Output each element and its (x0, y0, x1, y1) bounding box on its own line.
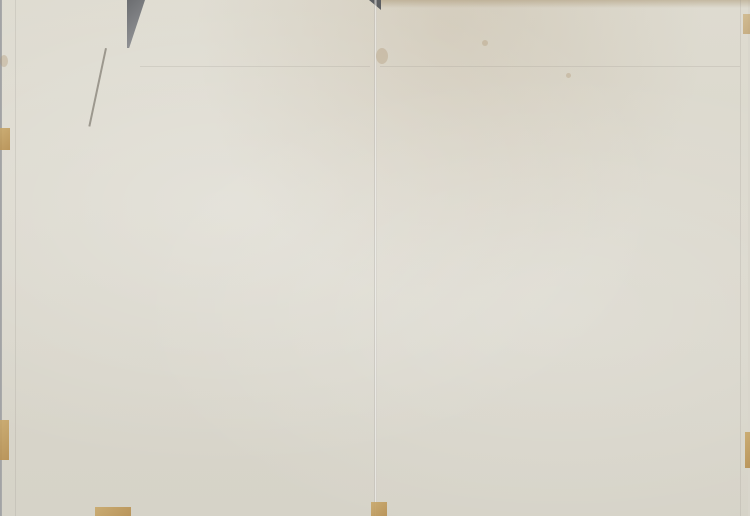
tape-piece (745, 432, 750, 468)
stain (376, 48, 388, 64)
left-edge-crease (15, 0, 16, 516)
stain (482, 40, 488, 46)
tape-piece (0, 128, 10, 150)
center-fold (374, 0, 377, 516)
paper-top-discoloration (380, 0, 750, 8)
photo-scene (0, 0, 750, 516)
horizontal-crease (140, 66, 370, 67)
tape-piece (0, 420, 9, 460)
stain (0, 55, 8, 67)
horizontal-crease (380, 66, 740, 67)
tape-piece (743, 14, 750, 34)
right-edge-crease (740, 0, 741, 516)
tape-piece (371, 502, 387, 516)
stain (566, 73, 571, 78)
tape-piece (95, 507, 131, 516)
